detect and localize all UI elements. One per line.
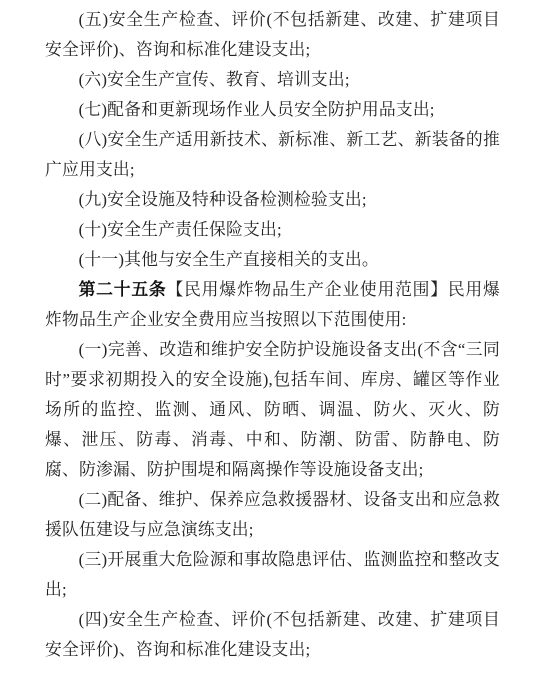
document-paragraph: (八)安全生产适用新技术、新标准、新工艺、新装备的推广应用支出; [45,125,500,185]
document-paragraph: (三)开展重大危险源和事故隐患评估、监测监控和整改支出; [45,545,500,605]
paragraph-text: (七)配备和更新现场作业人员安全防护用品支出; [79,100,435,119]
document-paragraph: (二)配备、维护、保养应急救援器材、设备支出和应急救援队伍建设与应急演练支出; [45,485,500,545]
paragraph-text: (八)安全生产适用新技术、新标准、新工艺、新装备的推广应用支出; [45,130,500,179]
document-paragraph: (十)安全生产责任保险支出; [45,215,500,245]
paragraph-text: (二)配备、维护、保养应急救援器材、设备支出和应急救援队伍建设与应急演练支出; [45,490,500,539]
paragraph-text: (十)安全生产责任保险支出; [79,220,282,239]
paragraph-text: (三)开展重大危险源和事故隐患评估、监测监控和整改支出; [45,550,500,599]
document-paragraph: (四)安全生产检查、评价(不包括新建、改建、扩建项目安全评价)、咨询和标准化建设… [45,605,500,665]
paragraph-text: (六)安全生产宣传、教育、培训支出; [79,70,350,89]
paragraph-text: (十一)其他与安全生产直接相关的支出。 [79,250,379,269]
document-paragraph: (五)安全生产检查、评价(不包括新建、改建、扩建项目安全评价)、咨询和标准化建设… [45,5,500,65]
document-page: (五)安全生产检查、评价(不包括新建、改建、扩建项目安全评价)、咨询和标准化建设… [0,0,542,682]
paragraph-text: (四)安全生产检查、评价(不包括新建、改建、扩建项目安全评价)、咨询和标准化建设… [45,610,500,659]
article-number-text: 第二十五条 [79,280,167,299]
paragraph-text: (九)安全设施及特种设备检测检验支出; [79,190,367,209]
document-paragraph: (九)安全设施及特种设备检测检验支出; [45,185,500,215]
document-paragraph: (十一)其他与安全生产直接相关的支出。 [45,245,500,275]
document-paragraph: (一)完善、改造和维护安全防护设施设备支出(不含“三同时”要求初期投入的安全设施… [45,335,500,485]
document-body: (五)安全生产检查、评价(不包括新建、改建、扩建项目安全评价)、咨询和标准化建设… [45,5,500,665]
paragraph-text: (一)完善、改造和维护安全防护设施设备支出(不含“三同时”要求初期投入的安全设施… [45,340,500,479]
document-paragraph: (六)安全生产宣传、教育、培训支出; [45,65,500,95]
document-paragraph: (七)配备和更新现场作业人员安全防护用品支出; [45,95,500,125]
document-paragraph: 第二十五条【民用爆炸物品生产企业使用范围】民用爆炸物品生产企业安全费用应当按照以… [45,275,500,335]
paragraph-text: (五)安全生产检查、评价(不包括新建、改建、扩建项目安全评价)、咨询和标准化建设… [45,10,500,59]
